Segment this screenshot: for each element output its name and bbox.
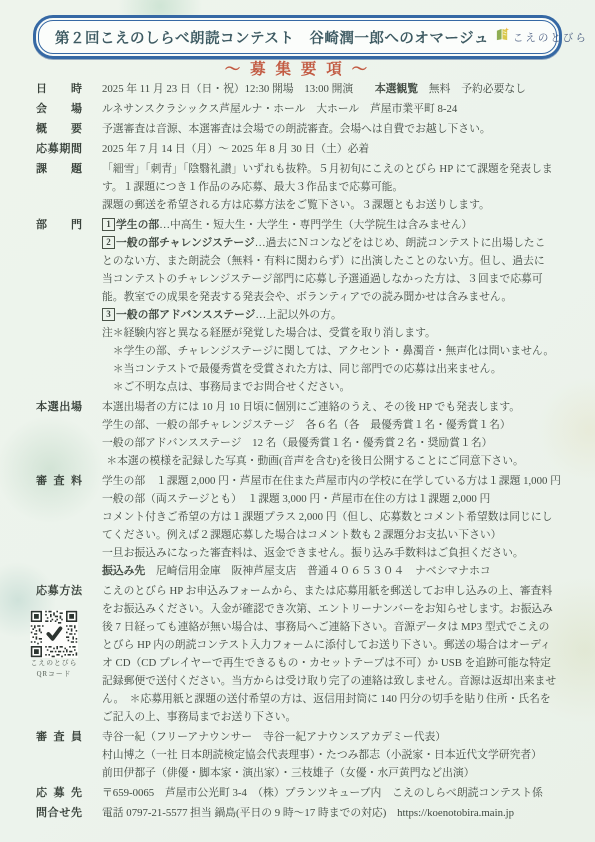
text-segment: 電話 0797-21-5577 担当 鍋島(平日の 9 時～17 時までの対応) bbox=[102, 807, 397, 819]
text-line: 「細雪」「刺青」「陰翳礼讃」いずれも抜粋。５月初旬にこえのとびら HP にて課題… bbox=[102, 160, 571, 178]
page-title: 第２回こえのしらべ朗読コンテスト 谷崎潤一郎へのオマージュ bbox=[55, 27, 489, 48]
text-segment: 村山博之（一社 日本朗読検定協会代表理事）・たつみ都志（小説家・日本近代文学研究… bbox=[102, 749, 542, 761]
text-segment: …過去にＮコンなどをはじめ、朗読コンテストに出場したこ bbox=[255, 237, 546, 249]
text-segment: 無料 予約必要なし bbox=[418, 83, 526, 95]
text-segment: 学生の部 bbox=[116, 219, 159, 231]
row-label-judges: 審査員 bbox=[36, 728, 82, 782]
text-segment: ＊本選の模様を記録した写真・動画(音声を含む)を後日公開することにご同意下さい。 bbox=[106, 455, 523, 467]
row-label-mailing-address: 応募先 bbox=[36, 784, 82, 802]
text-segment: 一般の部チャレンジステージ bbox=[116, 237, 255, 249]
row-divisions: 部門1学生の部…中高生・短大生・大学生・専門学生（大学院生は含みません）2一般の… bbox=[36, 216, 571, 396]
text-segment: をお振込みください。入金が確認でき次第、エントリーナンバーをお知らせします。お振… bbox=[102, 603, 553, 615]
row-venue: 会場ルネサンスクラシックス芦屋ルナ・ホール 大ホール 芦屋市業平町 8-24 bbox=[36, 100, 571, 118]
text-line: 前田伊都子（俳優・脚本家・演出家）・三枝雄子（女優・水戸黄門など出演） bbox=[102, 764, 571, 782]
text-line: とびら HP 内の朗読コンテスト入力フォームに添付してお送り下さい。郵送の場合は… bbox=[102, 636, 571, 654]
text-line: 能。教室での成果を発表する発表会や、ボランティアでの読み聞かせは含みません。 bbox=[102, 288, 571, 306]
text-segment: 2025 年 7 月 14 日（月）～ 2025 年 8 月 30 日（土）必着 bbox=[102, 143, 369, 155]
url-link[interactable]: https://koenotobira.main.jp bbox=[397, 807, 514, 819]
text-segment: 学生の部、一般の部チャレンジステージ 各６名（各 最優秀賞１名・優秀賞１名） bbox=[102, 419, 511, 431]
flyer-page: 第２回こえのしらべ朗読コンテスト 谷崎潤一郎へのオマージュ こえのとびら ～ 募… bbox=[0, 0, 595, 842]
boxed-number: 1 bbox=[102, 218, 115, 231]
text-line: こえのとびら HP お申込みフォームから、または応募用紙を郵送してお申し込みの上… bbox=[102, 582, 571, 600]
text-segment: ＊ご不明な点は、事務局までお問合せください。 bbox=[113, 381, 351, 393]
text-segment: てください。例えば２課題応募した場合はコメント数も２課題分お支払い下さい） bbox=[102, 529, 501, 541]
row-label-tasks: 課題 bbox=[36, 160, 82, 214]
text-line: ご記入の上、事務局までお送り下さい。 bbox=[102, 708, 571, 726]
text-line: てください。例えば２課題応募した場合はコメント数も２課題分お支払い下さい） bbox=[102, 526, 571, 544]
text-line: 〒659-0065 芦屋市公光町 3-4 （株）プランツキューブ内 こえのしらべ… bbox=[102, 784, 571, 802]
text-segment: ＊学生の部、チャレンジステージに関しては、アクセント・鼻濁音・無声化は問いません… bbox=[113, 345, 554, 357]
text-line: 予選審査は音源、本選審査は会場での朗読審査。会場へは自費でお越し下さい。 bbox=[102, 120, 571, 138]
row-content: 予選審査は音源、本選審査は会場での朗読審査。会場へは自費でお越し下さい。 bbox=[102, 120, 571, 138]
text-line: 一旦お振込みになった審査料は、返金できません。振り込み手数料はご負担ください。 bbox=[102, 544, 571, 562]
text-segment: 振込み先 bbox=[102, 565, 145, 577]
logo-label: こえのとびら bbox=[513, 30, 588, 45]
text-segment: 当コンテストのチャレンジステージ部門に応募し予選通過しなかった方は、３回まで応募… bbox=[102, 273, 543, 285]
text-segment: 〒659-0065 芦屋市公光町 3-4 （株）プランツキューブ内 こえのしらべ… bbox=[102, 787, 543, 799]
row-contact: 問合せ先電話 0797-21-5577 担当 鍋島(平日の 9 時～17 時まで… bbox=[36, 804, 571, 822]
text-line: 学生の部 １課題 2,000 円・芦屋市在住また芦屋市内の学校に在学している方は… bbox=[102, 472, 571, 490]
text-segment: …中高生・短大生・大学生・専門学生（大学院生は含みません） bbox=[159, 219, 472, 231]
text-segment: 本選観覧 bbox=[375, 83, 418, 95]
row-content: 1学生の部…中高生・短大生・大学生・専門学生（大学院生は含みません）2一般の部チ… bbox=[102, 216, 571, 396]
text-line: コメント付きご希望の方は１課題プラス 2,000 円（但し、応募数とコメント希望… bbox=[102, 508, 571, 526]
text-segment: オ CD（CD プレイヤーで再生できるもの・カセットテープは不可）か USB を… bbox=[102, 657, 551, 669]
text-segment: 課題の郵送を希望される方は応募方法をご覧下さい。３課題ともお送りします。 bbox=[102, 199, 490, 211]
row-content: 本選出場者の方には 10 月 10 日頃に個別にご連絡のうえ、その後 HP でも… bbox=[102, 398, 571, 470]
text-segment: 尼崎信用金庫 阪神芦屋支店 普通４０６５３０４ ナベシマナホコ bbox=[145, 565, 491, 577]
text-line: 当コンテストのチャレンジステージ部門に応募し予選通過しなかった方は、３回まで応募… bbox=[102, 270, 571, 288]
text-line: ルネサンスクラシックス芦屋ルナ・ホール 大ホール 芦屋市業平町 8-24 bbox=[102, 100, 571, 118]
door-sparkle-icon bbox=[495, 27, 510, 47]
row-judges: 審査員寺谷一紀（フリーアナウンサー 寺谷一紀アナウンスアカデミー代表）村山博之（… bbox=[36, 728, 571, 782]
row-tasks: 課題「細雪」「刺青」「陰翳礼讃」いずれも抜粋。５月初旬にこえのとびら HP にて… bbox=[36, 160, 571, 214]
text-line: 本選出場者の方には 10 月 10 日頃に個別にご連絡のうえ、その後 HP でも… bbox=[102, 398, 571, 416]
text-segment: 2025 年 11 月 23 日（日・祝）12:30 開場 13:00 開演 bbox=[102, 83, 375, 95]
row-label-contact: 問合せ先 bbox=[36, 804, 82, 822]
row-label-application-period: 応募期間 bbox=[36, 140, 82, 158]
title-banner: 第２回こえのしらべ朗読コンテスト 谷崎潤一郎へのオマージュ こえのとびら bbox=[33, 15, 562, 59]
row-content: 寺谷一紀（フリーアナウンサー 寺谷一紀アナウンスアカデミー代表）村山博之（一社 … bbox=[102, 728, 571, 782]
text-line: 寺谷一紀（フリーアナウンサー 寺谷一紀アナウンスアカデミー代表） bbox=[102, 728, 571, 746]
row-content: 電話 0797-21-5577 担当 鍋島(平日の 9 時～17 時までの対応)… bbox=[102, 804, 571, 822]
text-segment: 学生の部 １課題 2,000 円・芦屋市在住また芦屋市内の学校に在学している方は… bbox=[102, 475, 561, 487]
text-segment: 一般の部アドバンスステージ bbox=[116, 309, 255, 321]
text-segment: とのない方、また朗読会（無料・有料に関わらず）に出演したことのない方。但し、過去… bbox=[102, 255, 545, 267]
row-fee: 審査料学生の部 １課題 2,000 円・芦屋市在住また芦屋市内の学校に在学してい… bbox=[36, 472, 571, 580]
row-application-period: 応募期間2025 年 7 月 14 日（月）～ 2025 年 8 月 30 日（… bbox=[36, 140, 571, 158]
text-line: をお振込みください。入金が確認でき次第、エントリーナンバーをお知らせします。お振… bbox=[102, 600, 571, 618]
text-line: とのない方、また朗読会（無料・有料に関わらず）に出演したことのない方。但し、過去… bbox=[102, 252, 571, 270]
text-line: 電話 0797-21-5577 担当 鍋島(平日の 9 時～17 時までの対応)… bbox=[102, 804, 571, 822]
row-mailing-address: 応募先〒659-0065 芦屋市公光町 3-4 （株）プランツキューブ内 こえの… bbox=[36, 784, 571, 802]
row-how-to-apply: 応募方法こえのとびら HP お申込みフォームから、または応募用紙を郵送してお申し… bbox=[36, 582, 571, 726]
text-line: 2一般の部チャレンジステージ…過去にＮコンなどをはじめ、朗読コンテストに出場した… bbox=[102, 234, 571, 252]
qr-caption-line1: こえのとびら bbox=[28, 660, 80, 669]
row-datetime: 日時2025 年 11 月 23 日（日・祝）12:30 開場 13:00 開演… bbox=[36, 80, 571, 98]
text-line: ＊当コンテストで最優秀賞を受賞された方は、同じ部門での応募は出来ません。 bbox=[102, 360, 571, 378]
text-segment: 一旦お振込みになった審査料は、返金できません。振り込み手数料はご負担ください。 bbox=[102, 547, 524, 559]
row-content: こえのとびら HP お申込みフォームから、または応募用紙を郵送してお申し込みの上… bbox=[102, 582, 571, 726]
text-segment: コメント付きご希望の方は１課題プラス 2,000 円（但し、応募数とコメント希望… bbox=[102, 511, 552, 523]
text-segment: 本選出場者の方には 10 月 10 日頃に個別にご連絡のうえ、その後 HP でも… bbox=[102, 401, 520, 413]
text-line: 注＊経験内容と異なる経歴が発覚した場合は、受賞を取り消します。 bbox=[102, 324, 571, 342]
text-segment: 能。教室での成果を発表する発表会や、ボランティアでの読み聞かせは含みません。 bbox=[102, 291, 512, 303]
text-line: ＊ご不明な点は、事務局までお問合せください。 bbox=[102, 378, 571, 396]
document-body: 日時2025 年 11 月 23 日（日・祝）12:30 開場 13:00 開演… bbox=[36, 80, 571, 824]
text-line: 一般の部（両ステージとも） １課題 3,000 円・芦屋市在住の方は１課題 2,… bbox=[102, 490, 571, 508]
text-segment: 記録郵便で送付ください。当方からは受け取り完了の連絡は致しません。音源は返却出来… bbox=[102, 675, 556, 687]
text-line: 振込み先 尼崎信用金庫 阪神芦屋支店 普通４０６５３０４ ナベシマナホコ bbox=[102, 562, 571, 580]
row-label-finalists: 本選出場 bbox=[36, 398, 82, 470]
text-segment: ルネサンスクラシックス芦屋ルナ・ホール 大ホール 芦屋市業平町 8-24 bbox=[102, 103, 457, 115]
text-line: オ CD（CD プレイヤーで再生できるもの・カセットテープは不可）か USB を… bbox=[102, 654, 571, 672]
row-content: 学生の部 １課題 2,000 円・芦屋市在住また芦屋市内の学校に在学している方は… bbox=[102, 472, 571, 580]
row-label-divisions: 部門 bbox=[36, 216, 82, 396]
koenotobira-logo: こえのとびら bbox=[495, 27, 588, 47]
text-segment: 後 7 日経っても連絡が無い場合は、事務局へご連絡下さい。音源データは MP3 … bbox=[102, 621, 549, 633]
text-line: 3一般の部アドバンスステージ…上記以外の方。 bbox=[102, 306, 571, 324]
row-label-fee: 審査料 bbox=[36, 472, 82, 580]
boxed-number: 3 bbox=[102, 308, 115, 321]
text-segment: …上記以外の方。 bbox=[255, 309, 341, 321]
row-finalists: 本選出場本選出場者の方には 10 月 10 日頃に個別にご連絡のうえ、その後 H… bbox=[36, 398, 571, 470]
text-line: 2025 年 11 月 23 日（日・祝）12:30 開場 13:00 開演 本… bbox=[102, 80, 571, 98]
text-line: ＊学生の部、チャレンジステージに関しては、アクセント・鼻濁音・無声化は問いません… bbox=[102, 342, 571, 360]
text-segment: 予選審査は音源、本選審査は会場での朗読審査。会場へは自費でお越し下さい。 bbox=[102, 123, 491, 135]
text-segment: 「細雪」「刺青」「陰翳礼讃」いずれも抜粋。５月初旬にこえのとびら HP にて課題… bbox=[102, 163, 553, 175]
row-overview: 概要予選審査は音源、本選審査は会場での朗読審査。会場へは自費でお越し下さい。 bbox=[36, 120, 571, 138]
text-line: 2025 年 7 月 14 日（月）～ 2025 年 8 月 30 日（土）必着 bbox=[102, 140, 571, 158]
section-heading: ～ 募 集 要 項 ～ bbox=[0, 57, 595, 79]
text-line: 課題の郵送を希望される方は応募方法をご覧下さい。３課題ともお送りします。 bbox=[102, 196, 571, 214]
text-segment: す。１課題につき１作品のみ応募、最大３作品まで応募可能。 bbox=[102, 181, 403, 193]
row-content: 〒659-0065 芦屋市公光町 3-4 （株）プランツキューブ内 こえのしらべ… bbox=[102, 784, 571, 802]
boxed-number: 2 bbox=[102, 236, 115, 249]
text-segment: ＊当コンテストで最優秀賞を受賞された方は、同じ部門での応募は出来ません。 bbox=[113, 363, 502, 375]
text-segment: 注＊経験内容と異なる経歴が発覚した場合は、受賞を取り消します。 bbox=[102, 327, 436, 339]
text-segment: 一般の部アドバンスステージ 12 名（最優秀賞１名・優秀賞２名・奨励賞１名） bbox=[102, 437, 492, 449]
text-segment: こえのとびら HP お申込みフォームから、または応募用紙を郵送してお申し込みの上… bbox=[102, 585, 552, 597]
text-line: ん。 ＊応募用紙と課題の送付希望の方は、返信用封筒に 140 円分の切手を貼り住… bbox=[102, 690, 571, 708]
row-label-datetime: 日時 bbox=[36, 80, 82, 98]
text-line: 記録郵便で送付ください。当方からは受け取り完了の連絡は致しません。音源は返却出来… bbox=[102, 672, 571, 690]
row-content: 2025 年 11 月 23 日（日・祝）12:30 開場 13:00 開演 本… bbox=[102, 80, 571, 98]
text-segment: ご記入の上、事務局までお送り下さい。 bbox=[102, 711, 296, 723]
row-label-overview: 概要 bbox=[36, 120, 82, 138]
row-content: 「細雪」「刺青」「陰翳礼讃」いずれも抜粋。５月初旬にこえのとびら HP にて課題… bbox=[102, 160, 571, 214]
text-line: 1学生の部…中高生・短大生・大学生・専門学生（大学院生は含みません） bbox=[102, 216, 571, 234]
qr-code-block: こえのとびら QRコード bbox=[28, 610, 80, 679]
text-segment: とびら HP 内の朗読コンテスト入力フォームに添付してお送り下さい。郵送の場合は… bbox=[102, 639, 551, 651]
text-line: 村山博之（一社 日本朗読検定協会代表理事）・たつみ都志（小説家・日本近代文学研究… bbox=[102, 746, 571, 764]
title-banner-inner: 第２回こえのしらべ朗読コンテスト 谷崎潤一郎へのオマージュ こえのとびら bbox=[38, 20, 557, 54]
text-segment: ん。 ＊応募用紙と課題の送付希望の方は、返信用封筒に 140 円分の切手を貼り住… bbox=[102, 693, 551, 705]
text-line: 学生の部、一般の部チャレンジステージ 各６名（各 最優秀賞１名・優秀賞１名） bbox=[102, 416, 571, 434]
text-segment: 一般の部（両ステージとも） １課題 3,000 円・芦屋市在住の方は１課題 2,… bbox=[102, 493, 490, 505]
text-line: す。１課題につき１作品のみ応募、最大３作品まで応募可能。 bbox=[102, 178, 571, 196]
row-label-venue: 会場 bbox=[36, 100, 82, 118]
text-segment: 寺谷一紀（フリーアナウンサー 寺谷一紀アナウンスアカデミー代表） bbox=[102, 731, 446, 743]
row-content: ルネサンスクラシックス芦屋ルナ・ホール 大ホール 芦屋市業平町 8-24 bbox=[102, 100, 571, 118]
text-segment: 前田伊都子（俳優・脚本家・演出家）・三枝雄子（女優・水戸黄門など出演） bbox=[102, 767, 475, 779]
qr-caption-line2: QRコード bbox=[28, 671, 80, 680]
row-content: 2025 年 7 月 14 日（月）～ 2025 年 8 月 30 日（土）必着 bbox=[102, 140, 571, 158]
text-line: ＊本選の模様を記録した写真・動画(音声を含む)を後日公開することにご同意下さい。 bbox=[102, 452, 571, 470]
qr-code-icon bbox=[30, 610, 78, 658]
text-line: 後 7 日経っても連絡が無い場合は、事務局へご連絡下さい。音源データは MP3 … bbox=[102, 618, 571, 636]
text-line: 一般の部アドバンスステージ 12 名（最優秀賞１名・優秀賞２名・奨励賞１名） bbox=[102, 434, 571, 452]
